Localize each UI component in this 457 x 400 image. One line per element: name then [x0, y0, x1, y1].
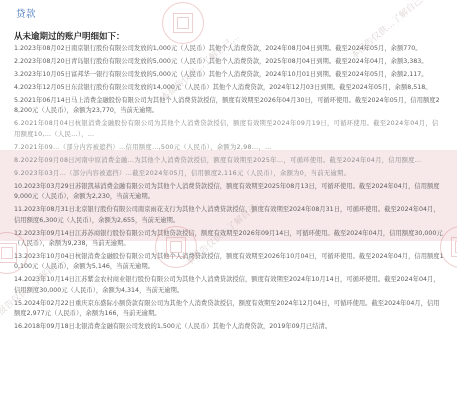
loan-records-list: 1.2023年08月02日南京银行股份有限公司发放的1,000元（人民币）其他个…: [14, 44, 444, 335]
loan-record: 15.2024年02月22日重庆京东盛际小额贷款有限公司为其他个人消费贷款授信，…: [14, 299, 444, 320]
loan-record: 7.2021年09…（部分内容被遮挡）…信用额度…,500元（人民币），余额为2…: [14, 143, 444, 153]
loan-record: 13.2023年10月04日杭银消费金融股份有限公司为其他个人消费贷款授信，额度…: [14, 252, 444, 273]
loan-record: 4.2023年12月05日东营银行股份有限公司发放的14,000元（人民币）其他…: [14, 83, 444, 93]
loan-record: 16.2018年09月18日北银消费金融有限公司发放的1,500元（人民币）其他…: [14, 322, 444, 332]
watermark-seal-icon: [162, 2, 204, 44]
loan-record: 8.2022年09月08日河南中原消费金融…为其他个人消费贷款授信，额度有效期至…: [14, 156, 444, 166]
subheading: 从未逾期过的账户明细如下：: [14, 30, 125, 42]
loan-record: 6.2021年08月04日杭银消费金融股份有限公司为其他个人消费贷款授信，额度有…: [14, 119, 444, 140]
credit-report-page: 贷款 从未逾期过的账户明细如下： 1.2023年08月02日南京银行股份有限公司…: [0, 0, 457, 400]
loan-record: 14.2023年10月14日江苏紫金农村商业银行股份有限公司为其他个人消费贷款授…: [14, 275, 444, 296]
loan-record: 2.2023年08月20日青岛银行股份有限公司发放的5,000元（人民币）其他个…: [14, 57, 444, 67]
loan-record: 3.2023年10月05日富邦华一银行有限公司发放的5,000元（人民币）其他个…: [14, 70, 444, 80]
loan-record: 10.2023年03月29日苏银凯基消费金融有限公司为其他个人消费贷款授信，额度…: [14, 182, 444, 203]
loan-record: 9.2023年03月…（部分内容被遮挡）…截至2024年05月，信用额度2,11…: [14, 169, 444, 179]
section-title: 贷款: [16, 6, 36, 20]
loan-record: 5.2021年06月14日马上消费金融股份有限公司为其他个人消费贷款授信，额度有…: [14, 96, 444, 117]
